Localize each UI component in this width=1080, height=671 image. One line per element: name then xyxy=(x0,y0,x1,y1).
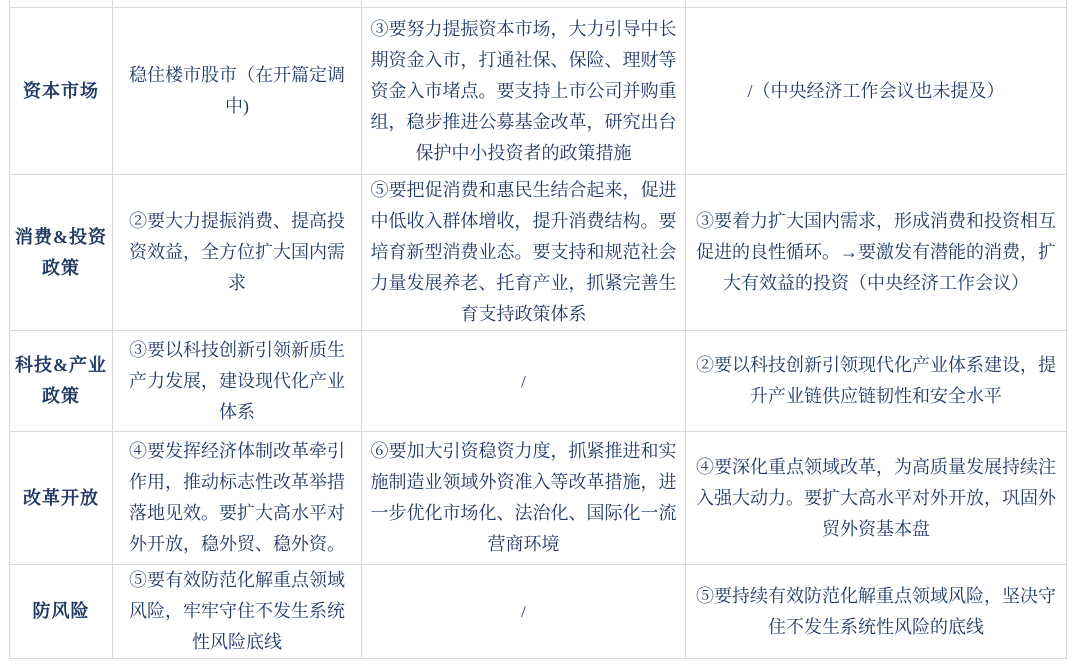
brief-cell: ③要以科技创新引领新质生产力发展，建设现代化产业体系 xyxy=(113,331,362,432)
table-row-clipped xyxy=(10,0,1067,8)
comparison-cell: /（中央经济工作会议也未提及） xyxy=(686,8,1067,175)
clipped-cell xyxy=(686,0,1067,8)
detail-cell: / xyxy=(362,565,686,659)
brief-cell: 稳住楼市股市（在开篇定调中) xyxy=(113,8,362,175)
table-row-reform-opening: 改革开放 ④要发挥经济体制改革牵引作用，推动标志性改革举措落地见效。要扩大高水平… xyxy=(10,432,1067,565)
table-row-tech-industry: 科技&产业政策 ③要以科技创新引领新质生产力发展，建设现代化产业体系 / ②要以… xyxy=(10,331,1067,432)
detail-cell: / xyxy=(362,331,686,432)
table-row-risk-prevention: 防风险 ⑤要有效防范化解重点领域风险，牢牢守住不发生系统性风险底线 / ⑤要持续… xyxy=(10,565,1067,659)
clipped-cell xyxy=(362,0,686,8)
detail-cell: ⑥要加大引资稳资力度，抓紧推进和实施制造业领域外资准入等改革措施，进一步优化市场… xyxy=(362,432,686,565)
category-cell: 消费&投资政策 xyxy=(10,175,113,331)
detail-cell: ⑤要把促消费和惠民生结合起来，促进中低收入群体增收，提升消费结构。要培育新型消费… xyxy=(362,175,686,331)
brief-cell: ⑤要有效防范化解重点领域风险，牢牢守住不发生系统性风险底线 xyxy=(113,565,362,659)
clipped-cell xyxy=(10,0,113,8)
category-cell: 防风险 xyxy=(10,565,113,659)
category-cell: 改革开放 xyxy=(10,432,113,565)
comparison-cell: ③要着力扩大国内需求，形成消费和投资相互促进的良性循环。→要激发有潜能的消费，扩… xyxy=(686,175,1067,331)
comparison-cell: ④要深化重点领域改革，为高质量发展持续注入强大动力。要扩大高水平对外开放，巩固外… xyxy=(686,432,1067,565)
category-cell: 科技&产业政策 xyxy=(10,331,113,432)
table-row-capital-market: 资本市场 稳住楼市股市（在开篇定调中) ③要努力提振资本市场，大力引导中长期资金… xyxy=(10,8,1067,175)
brief-cell: ④要发挥经济体制改革牵引作用，推动标志性改革举措落地见效。要扩大高水平对外开放，… xyxy=(113,432,362,565)
brief-cell: ②要大力提振消费、提高投资效益，全方位扩大国内需求 xyxy=(113,175,362,331)
policy-comparison-table: 资本市场 稳住楼市股市（在开篇定调中) ③要努力提振资本市场，大力引导中长期资金… xyxy=(9,0,1067,659)
table-row-consumption-investment: 消费&投资政策 ②要大力提振消费、提高投资效益，全方位扩大国内需求 ⑤要把促消费… xyxy=(10,175,1067,331)
category-cell: 资本市场 xyxy=(10,8,113,175)
comparison-cell: ②要以科技创新引领现代化产业体系建设，提升产业链供应链韧性和安全水平 xyxy=(686,331,1067,432)
clipped-cell xyxy=(113,0,362,8)
detail-cell: ③要努力提振资本市场，大力引导中长期资金入市，打通社保、保险、理财等资金入市堵点… xyxy=(362,8,686,175)
comparison-cell: ⑤要持续有效防范化解重点领域风险，坚决守住不发生系统性风险的底线 xyxy=(686,565,1067,659)
